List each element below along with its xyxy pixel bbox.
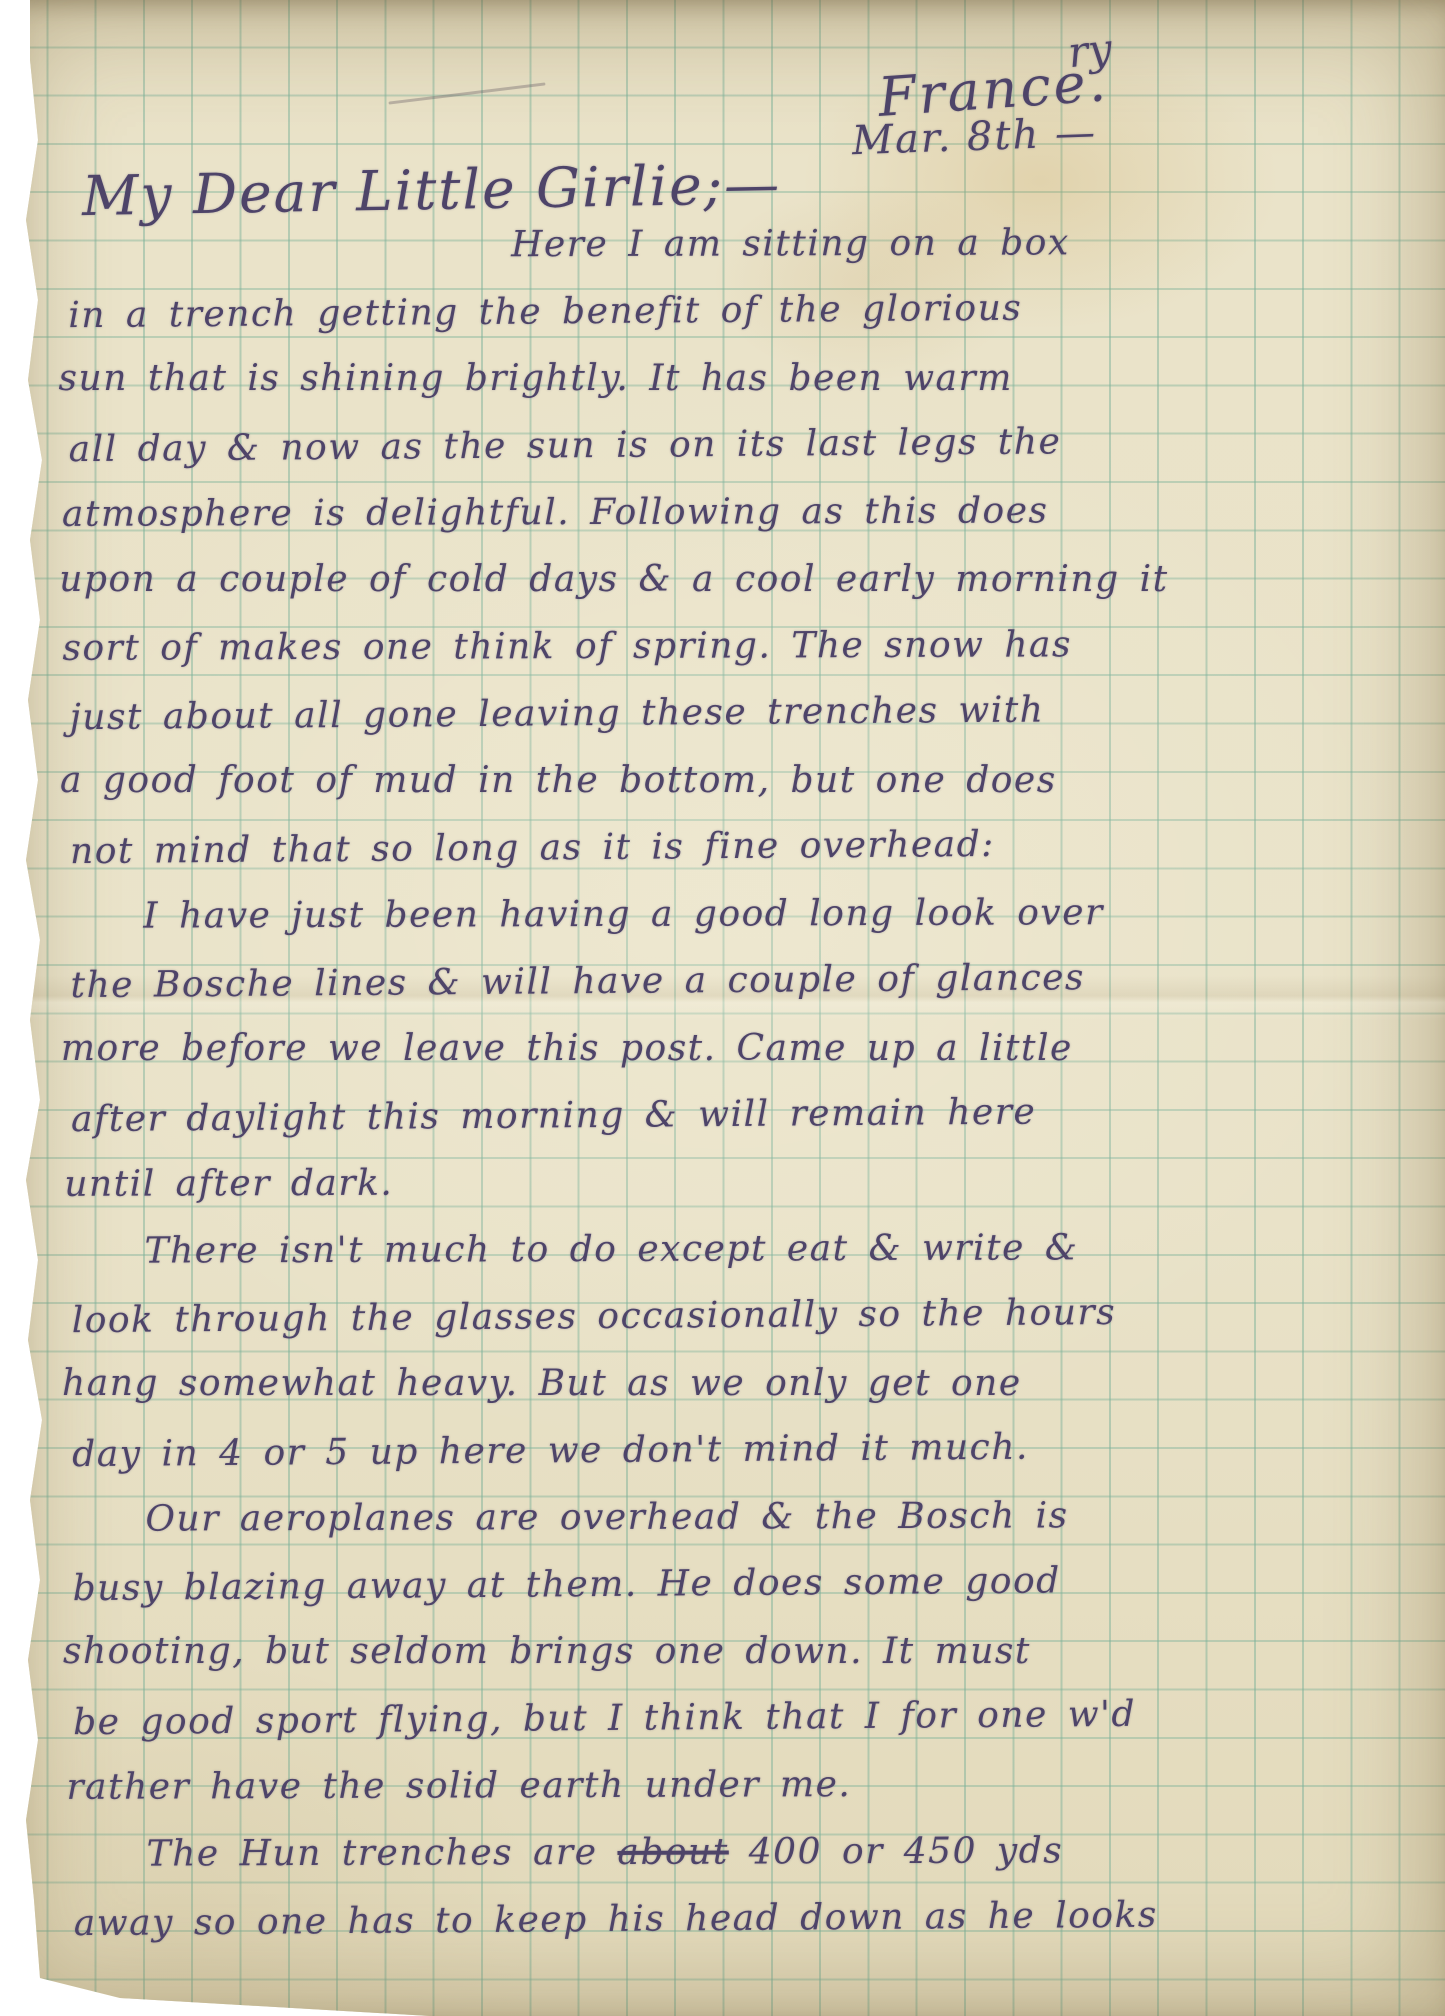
line-text: look through the glasses occasionally so… [72, 1292, 1117, 1341]
line-text: The Hun trenches are [147, 1832, 618, 1875]
line-text: in a trench getting the benefit of the g… [68, 288, 1022, 336]
letter-page: ry France. Mar. 8th — My Dear Little Gir… [0, 0, 1445, 2016]
letter-line: hang somewhat heavy. But as we only get … [62, 1363, 1135, 1430]
line-text: be good sport flying, but I think that I… [73, 1694, 1136, 1743]
letter-line: Here I am sitting on a box [61, 222, 1131, 293]
faint-pencil-stroke [388, 82, 545, 104]
line-text: after daylight this morning & will remai… [71, 1092, 1037, 1141]
line-text: rather have the solid earth under me. [66, 1764, 851, 1808]
letter-line: atmosphere is delightful. Following as t… [62, 490, 1132, 561]
letter-line: sun that is shining brightly. It has bee… [59, 358, 1132, 425]
letter-line: look through the glasses occasionally so… [72, 1292, 1135, 1367]
letter-salutation: My Dear Little Girlie;— [81, 152, 781, 228]
letter-line: busy blazing away at them. He does some … [73, 1560, 1136, 1635]
letter-line: after daylight this morning & will remai… [71, 1091, 1134, 1166]
line-text: until after dark. [64, 1163, 393, 1205]
line-text: shooting, but seldom brings one down. It… [63, 1631, 1031, 1672]
line-text: 400 or 450 yds [729, 1830, 1064, 1872]
line-text: There isn't much to do except eat & writ… [144, 1227, 1078, 1271]
line-text: sort of makes one think of spring. The s… [62, 624, 1072, 669]
line-text: I have just been having a good long look… [143, 892, 1104, 936]
letter-line: The Hun trenches are about 400 or 450 yd… [67, 1830, 1137, 1901]
line-text: hang somewhat heavy. But as we only get … [62, 1363, 1022, 1404]
letter-date: Mar. 8th — [851, 110, 1097, 165]
line-text: sun that is shining brightly. It has bee… [59, 358, 1013, 399]
letter-line: upon a couple of cold days & a cool earl… [59, 559, 1132, 626]
line-text: atmosphere is delightful. Following as t… [62, 490, 1049, 534]
letter-line: not mind that so long as it is fine over… [70, 823, 1133, 898]
line-text: the Bosche lines & will have a couple of… [70, 957, 1085, 1006]
line-text: all day & now as the sun is on its last … [69, 421, 1062, 470]
line-text: more before we leave this post. Came up … [61, 1028, 1073, 1069]
paragraph: There isn't much to do except eat & writ… [64, 1227, 1135, 1499]
letter-line: the Bosche lines & will have a couple of… [70, 957, 1133, 1032]
letter-line: away so one has to keep his head down as… [74, 1895, 1137, 1970]
line-text: Here I am sitting on a box [511, 222, 1070, 265]
paragraph: The Hun trenches are about 400 or 450 yd… [67, 1830, 1137, 1968]
line-text: a good foot of mud in the bottom, but on… [60, 760, 1057, 801]
letter-line: sort of makes one think of spring. The s… [62, 624, 1132, 695]
letter-line: rather have the solid earth under me. [66, 1763, 1136, 1834]
letter-line: until after dark. [64, 1160, 1134, 1231]
line-text: just about all gone leaving these trench… [69, 690, 1044, 739]
photo-backdrop: ry France. Mar. 8th — My Dear Little Gir… [0, 0, 1445, 2016]
letter-line: just about all gone leaving these trench… [69, 689, 1132, 764]
paragraph: Here I am sitting on a boxin a trench ge… [61, 222, 1133, 896]
letter-line: shooting, but seldom brings one down. It… [63, 1631, 1136, 1698]
paragraph: I have just been having a good long look… [63, 892, 1134, 1231]
letter-line: be good sport flying, but I think that I… [73, 1694, 1136, 1769]
letter-line: all day & now as the sun is on its last … [69, 421, 1132, 496]
letter-line: more before we leave this post. Came up … [61, 1028, 1134, 1095]
line-text: Our aeroplanes are overhead & the Bosch … [145, 1495, 1068, 1539]
letter-body: Here I am sitting on a boxin a trench ge… [61, 222, 1137, 1968]
line-text: busy blazing away at them. He does some … [73, 1560, 1061, 1609]
letter-line: Our aeroplanes are overhead & the Bosch … [65, 1495, 1135, 1566]
letter-line: in a trench getting the benefit of the g… [68, 287, 1131, 362]
line-text: upon a couple of cold days & a cool earl… [59, 559, 1168, 600]
line-text: day in 4 or 5 up here we don't mind it m… [72, 1427, 1029, 1476]
letter-line: day in 4 or 5 up here we don't mind it m… [72, 1426, 1135, 1501]
paragraph: Our aeroplanes are overhead & the Bosch … [65, 1495, 1136, 1834]
line-text: away so one has to keep his head down as… [74, 1895, 1158, 1945]
letter-line: a good foot of mud in the bottom, but on… [60, 760, 1133, 827]
letter-line: I have just been having a good long look… [63, 892, 1133, 963]
letter-line: There isn't much to do except eat & writ… [64, 1227, 1134, 1298]
struck-word: about [617, 1832, 728, 1873]
line-text: not mind that so long as it is fine over… [70, 824, 995, 872]
